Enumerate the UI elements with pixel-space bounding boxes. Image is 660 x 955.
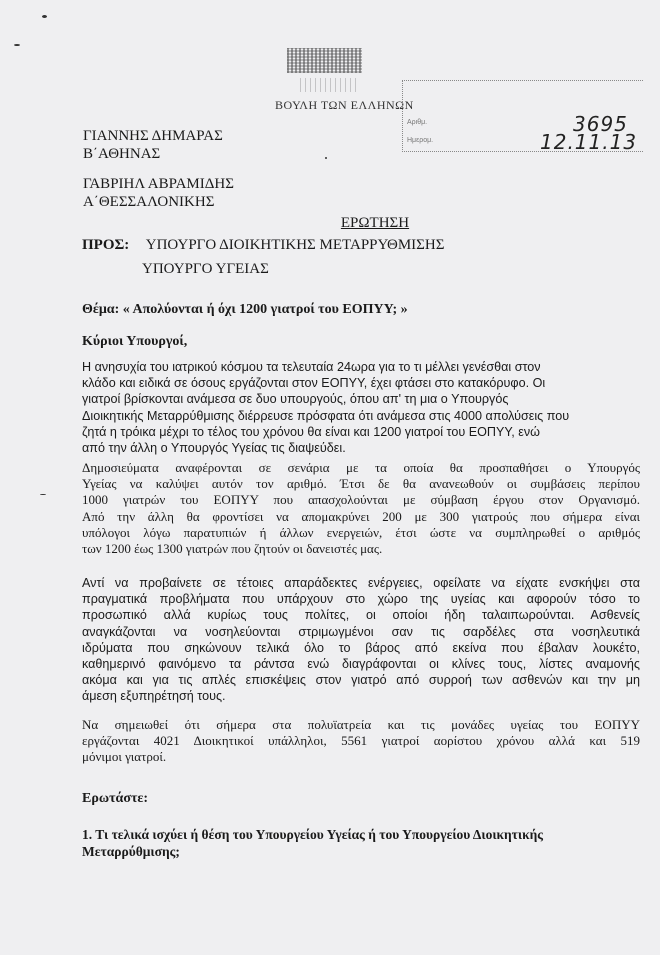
paragraph-line: Δημοσιεύματα αναφέρονται σε σενάρια με τ…: [82, 460, 640, 476]
paragraph-line: άμεση εξυπηρέτησή τους.: [82, 688, 640, 704]
document-title: ΕΡΩΤΗΣΗ: [0, 215, 660, 232]
registry-number-label: Αριθμ.: [407, 119, 427, 126]
author-name: ΓΙΑΝΝΗΣ ΔΗΜΑΡΑΣ: [83, 127, 234, 145]
paragraph-line: προσωπικό αλλά κυρίως τους πολίτες, οι ο…: [82, 607, 640, 623]
parliament-stamp: ΒΟΥΛΗ ΤΩΝ ΕΛΛΗΝΩΝ: [275, 98, 414, 113]
scan-speck: [42, 15, 47, 18]
body-paragraph: Δημοσιεύματα αναφέρονται σε σενάρια με τ…: [82, 460, 640, 557]
body-paragraph: Να σημειωθεί ότι σήμερα στα πολυϊατρεία …: [82, 717, 640, 766]
paragraph-line: υπόλογοι λόγω παρατυπιών ή άλλων ενεργει…: [82, 525, 640, 541]
question-item: 1. Τι τελικά ισχύει ή θέση του Υπουργείο…: [82, 826, 582, 860]
paragraph-line: Η ανησυχία του ιατρικού κόσμου τα τελευτ…: [82, 359, 640, 375]
paragraph-line: ιδρύματα που σηκώνουν τελικά όλο το βάρο…: [82, 640, 640, 656]
recipients-label: ΠΡΟΣ:: [82, 237, 142, 254]
scan-speck: [14, 44, 20, 46]
recipient: ΥΠΟΥΡΓΟ ΥΓΕΙΑΣ: [142, 261, 269, 278]
registry-date: 12.11.13: [540, 130, 637, 154]
scan-speck: [40, 494, 46, 495]
body-paragraph: Η ανησυχία του ιατρικού κόσμου τα τελευτ…: [82, 359, 640, 456]
paragraph-line: Υγείας να καλύψει αυτόν τον αριθμό. Έτσι…: [82, 476, 640, 492]
paragraph-line: ζητά η τρόικα μέχρι το τέλος του χρόνου …: [82, 424, 640, 440]
authors-block: ΓΙΑΝΝΗΣ ΔΗΜΑΡΑΣ Β΄ΑΘΗΝΑΣ ΓΑΒΡΙΗΛ ΑΒΡΑΜΙΔ…: [83, 127, 234, 223]
paragraph-line: γιατροί βρίσκονται ανάμεσα σε δυο υπουργ…: [82, 391, 640, 407]
recipients: ΠΡΟΣ: ΥΠΟΥΡΓΟ ΔΙΟΙΚΗΤΙΚΗΣ ΜΕΤΑΡΡΥΘΜΙΣΗΣ …: [82, 237, 444, 254]
paragraph-line: Διοικητικής Μεταρρύθμισης διέρρευσε πρόσ…: [82, 408, 640, 424]
author: ΓΑΒΡΙΗΛ ΑΒΡΑΜΙΔΗΣ Α΄ΘΕΣΣΑΛΟΝΙΚΗΣ: [83, 175, 234, 211]
recipient: ΥΠΟΥΡΓΟ ΔΙΟΙΚΗΤΙΚΗΣ ΜΕΤΑΡΡΥΘΜΙΣΗΣ: [146, 237, 445, 254]
paragraph-line: εργάζονται 4021 Διοικητικοί υπάλληλοι, 5…: [82, 733, 640, 749]
paragraph-line: των 1200 έως 1300 γιατρών που ζητούν οι …: [82, 541, 640, 557]
author-name: ΓΑΒΡΙΗΛ ΑΒΡΑΜΙΔΗΣ: [83, 175, 234, 193]
stamp-text-faint: [300, 78, 360, 92]
paragraph-line: καθημερινό φαινόμενο τα ράντσα ενώ διαγρ…: [82, 656, 640, 672]
questions-heading: Ερωτάστε:: [82, 791, 148, 807]
scanned-page: ΒΟΥΛΗ ΤΩΝ ΕΛΛΗΝΩΝ Αριθμ. Ημερομ. 3695 12…: [0, 0, 660, 955]
salutation: Κύριοι Υπουργοί,: [82, 334, 187, 350]
paragraph-line: από την άλλη ο Υπουργός Υγείας τις διαψε…: [82, 440, 640, 456]
subject-line: Θέμα: « Απολύονται ή όχι 1200 γιατροί το…: [82, 302, 408, 318]
parliament-emblem-icon: [287, 48, 362, 73]
paragraph-line: μόνιμοι γιατροί.: [82, 749, 640, 765]
paragraph-line: 1000 γιατρών του ΕΟΠΥΥ που απασχολούνται…: [82, 492, 640, 508]
author: ΓΙΑΝΝΗΣ ΔΗΜΑΡΑΣ Β΄ΑΘΗΝΑΣ: [83, 127, 234, 163]
scan-speck: [325, 157, 327, 159]
author-constituency: Β΄ΑΘΗΝΑΣ: [83, 145, 234, 163]
paragraph-line: Να σημειωθεί ότι σήμερα στα πολυϊατρεία …: [82, 717, 640, 733]
paragraph-line: Αντί να προβαίνετε σε τέτοιες απαράδεκτε…: [82, 575, 640, 591]
paragraph-line: ακόμα και για τις απλές επισκέψεις στον …: [82, 672, 640, 688]
paragraph-line: πραγματικά προβλήματα που υπάρχουν στο χ…: [82, 591, 640, 607]
author-constituency: Α΄ΘΕΣΣΑΛΟΝΙΚΗΣ: [83, 193, 234, 211]
paragraph-line: αναγκάζονται να νοσηλεύονται στριμωγμένο…: [82, 624, 640, 640]
body-paragraph: Αντί να προβαίνετε σε τέτοιες απαράδεκτε…: [82, 575, 640, 705]
paragraph-line: κλάδο και ειδικά σε όσους εργάζονται στο…: [82, 375, 640, 391]
paragraph-line: Από την άλλη θα φροντίσει να απομακρύνει…: [82, 509, 640, 525]
registry-date-label: Ημερομ.: [407, 137, 433, 144]
